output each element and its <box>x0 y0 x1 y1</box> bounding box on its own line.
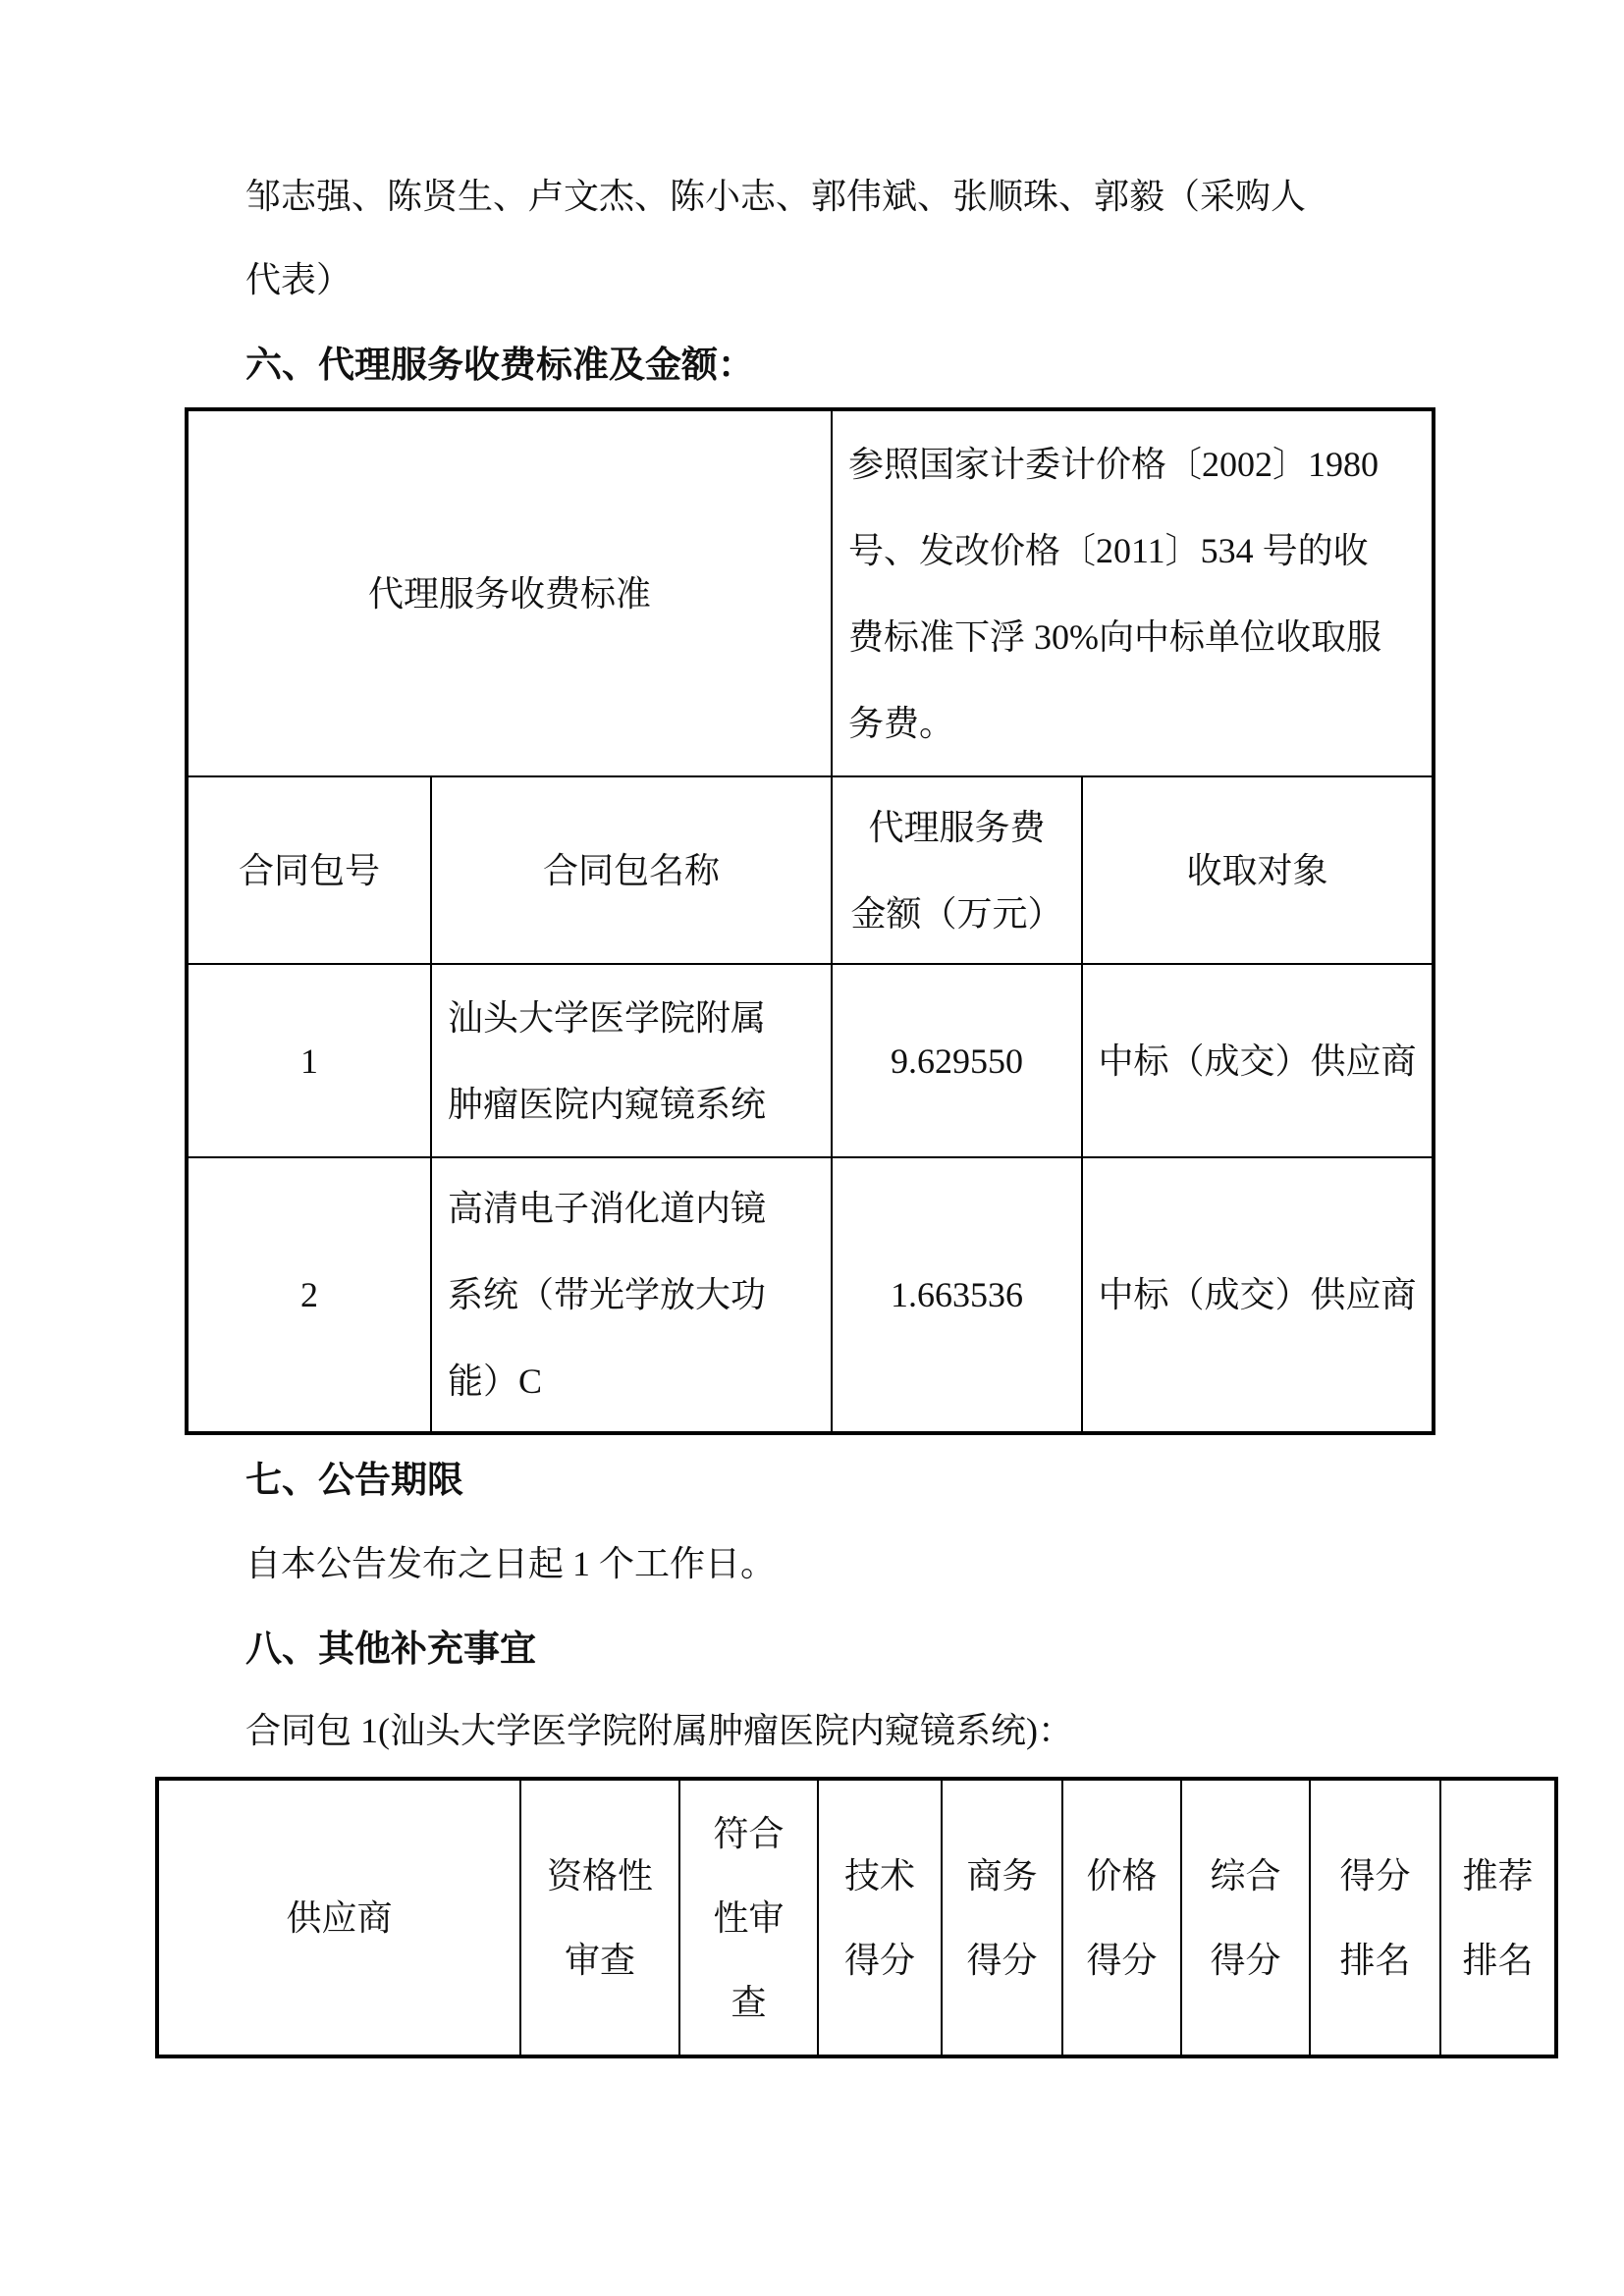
committee-members-text: 邹志强、陈贤生、卢文杰、陈小志、郭伟斌、张顺珠、郭毅（采购人 代表） <box>245 155 1434 322</box>
fee-col-header-charged-party: 收取对象 <box>1082 776 1434 964</box>
announcement-period-text: 自本公告发布之日起 1 个工作日。 <box>245 1522 1434 1606</box>
section-7-heading: 七、公告期限 <box>245 1439 1434 1522</box>
fee-table-row-1: 1 汕头大学医学院附属 肿瘤医院内窥镜系统 9.629550 中标（成交）供应商 <box>187 964 1434 1157</box>
eval-col-overall-score: 综合 得分 <box>1181 1779 1310 2056</box>
charged-party-cell: 中标（成交）供应商 <box>1082 1157 1434 1433</box>
agency-fee-table: 代理服务收费标准 参照国家计委计价格〔2002〕1980 号、发改价格〔2011… <box>185 407 1435 1435</box>
fee-col-header-fee-amount: 代理服务费 金额（万元） <box>832 776 1082 964</box>
section-6-heading: 六、代理服务收费标准及金额： <box>245 324 1434 407</box>
document-page: 邹志强、陈贤生、卢文杰、陈小志、郭伟斌、张顺珠、郭毅（采购人 代表） 六、代理服… <box>0 0 1624 2296</box>
fee-table-row-2: 2 高清电子消化道内镜 系统（带光学放大功 能）C 1.663536 中标（成交… <box>187 1157 1434 1433</box>
charged-party-cell: 中标（成交）供应商 <box>1082 964 1434 1157</box>
evaluation-result-table: 供应商 资格性 审查 符合 性审 查 技术 得分 商务 得分 价格 得分 综合 … <box>155 1777 1558 2058</box>
eval-col-technical-score: 技术 得分 <box>818 1779 942 2056</box>
eval-col-recommend-rank: 推荐 排名 <box>1440 1779 1556 2056</box>
fee-amount-cell: 1.663536 <box>832 1157 1082 1433</box>
package-name-cell: 高清电子消化道内镜 系统（带光学放大功 能）C <box>431 1157 832 1433</box>
eval-col-supplier: 供应商 <box>157 1779 520 2056</box>
eval-table-header-row: 供应商 资格性 审查 符合 性审 查 技术 得分 商务 得分 价格 得分 综合 … <box>157 1779 1556 2056</box>
eval-col-price-score: 价格 得分 <box>1062 1779 1181 2056</box>
fee-standard-row: 代理服务收费标准 参照国家计委计价格〔2002〕1980 号、发改价格〔2011… <box>187 409 1434 776</box>
eval-col-conformity-review: 符合 性审 查 <box>679 1779 818 2056</box>
package-1-caption: 合同包 1(汕头大学医学院附属肿瘤医院内窥镜系统)： <box>245 1689 1434 1773</box>
eval-col-score-rank: 得分 排名 <box>1310 1779 1440 2056</box>
package-no-cell: 1 <box>187 964 431 1157</box>
fee-col-header-package-no: 合同包号 <box>187 776 431 964</box>
fee-standard-label-cell: 代理服务收费标准 <box>187 409 832 776</box>
fee-amount-cell: 9.629550 <box>832 964 1082 1157</box>
fee-table-header-row: 合同包号 合同包名称 代理服务费 金额（万元） 收取对象 <box>187 776 1434 964</box>
section-8-heading: 八、其他补充事宜 <box>245 1608 1434 1691</box>
eval-col-business-score: 商务 得分 <box>942 1779 1062 2056</box>
package-no-cell: 2 <box>187 1157 431 1433</box>
package-name-cell: 汕头大学医学院附属 肿瘤医院内窥镜系统 <box>431 964 832 1157</box>
fee-standard-text-cell: 参照国家计委计价格〔2002〕1980 号、发改价格〔2011〕534 号的收 … <box>832 409 1434 776</box>
eval-col-qualification-review: 资格性 审查 <box>520 1779 679 2056</box>
fee-col-header-package-name: 合同包名称 <box>431 776 832 964</box>
